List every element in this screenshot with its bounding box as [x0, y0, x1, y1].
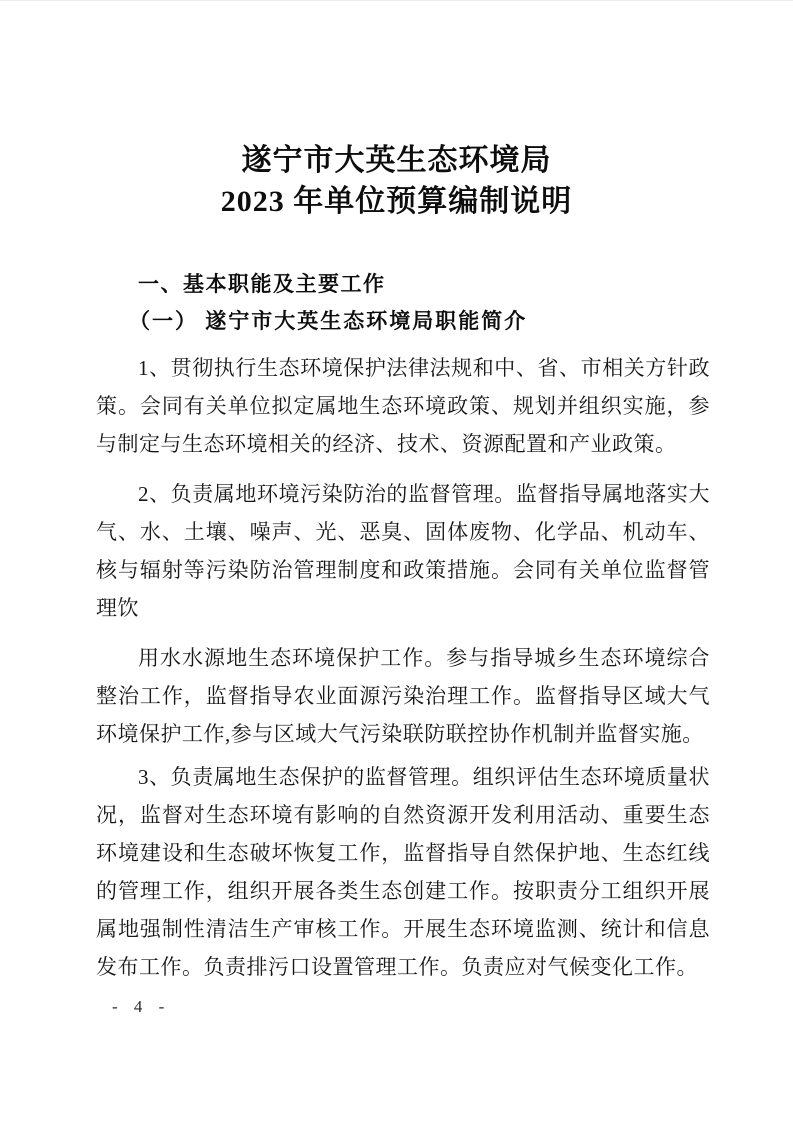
- paragraph-duty-3: 3、负责属地生态保护的监督管理。组织评估生态环境质量状况，监督对生态环境有影响的…: [96, 758, 710, 986]
- paragraph-duty-2: 2、负责属地环境污染防治的监督管理。监督指导属地落实大气、水、土壤、噪声、光、恶…: [96, 475, 710, 627]
- document-page: 遂宁市大英生态环境局 2023 年单位预算编制说明 一、基本职能及主要工作 （一…: [0, 0, 793, 1122]
- title-line-1: 遂宁市大英生态环境局: [0, 140, 793, 181]
- section-heading: 一、基本职能及主要工作: [96, 269, 710, 300]
- subsection-heading: （一） 遂宁市大英生态环境局职能简介: [96, 306, 710, 337]
- paragraph-duty-2-continued: 用水水源地生态环境保护工作。参与指导城乡生态环境综合整治工作，监督指导农业面源污…: [96, 639, 710, 753]
- document-title: 遂宁市大英生态环境局 2023 年单位预算编制说明: [0, 1, 793, 222]
- title-line-2: 2023 年单位预算编制说明: [0, 181, 793, 222]
- paragraph-duty-1: 1、贯彻执行生态环境保护法律法规和中、省、市相关方针政策。会同有关单位拟定属地生…: [96, 349, 710, 463]
- page-number: - 4 -: [112, 997, 170, 1017]
- document-body: 一、基本职能及主要工作 （一） 遂宁市大英生态环境局职能简介 1、贯彻执行生态环…: [96, 269, 710, 986]
